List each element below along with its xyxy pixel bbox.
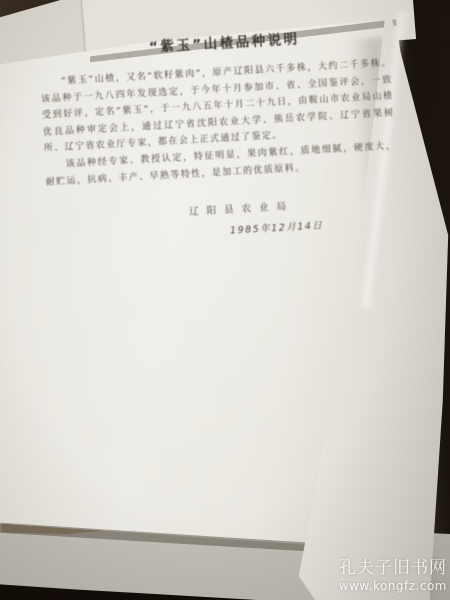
document-content: “紫玉”山楂品种说明 “紫玉”山楂，又名“软籽紫肉”，原产辽阳县六千多株，大约二…	[2, 20, 437, 249]
watermark-site-url: www.kongfz.com	[339, 579, 447, 593]
watermark-site-name: 孔夫子旧书网	[339, 553, 447, 578]
photo-of-document: “紫玉”山楂品种说明 “紫玉”山楂，又名“软籽紫肉”，原产辽阳县六千多株，大约二…	[0, 0, 450, 600]
kongfz-watermark: 孔夫子旧书网 www.kongfz.com	[339, 553, 447, 593]
document-body: “紫玉”山楂，又名“软籽紫肉”，原产辽阳县六千多株，大约二千多株。该品种于一九八…	[40, 55, 398, 191]
